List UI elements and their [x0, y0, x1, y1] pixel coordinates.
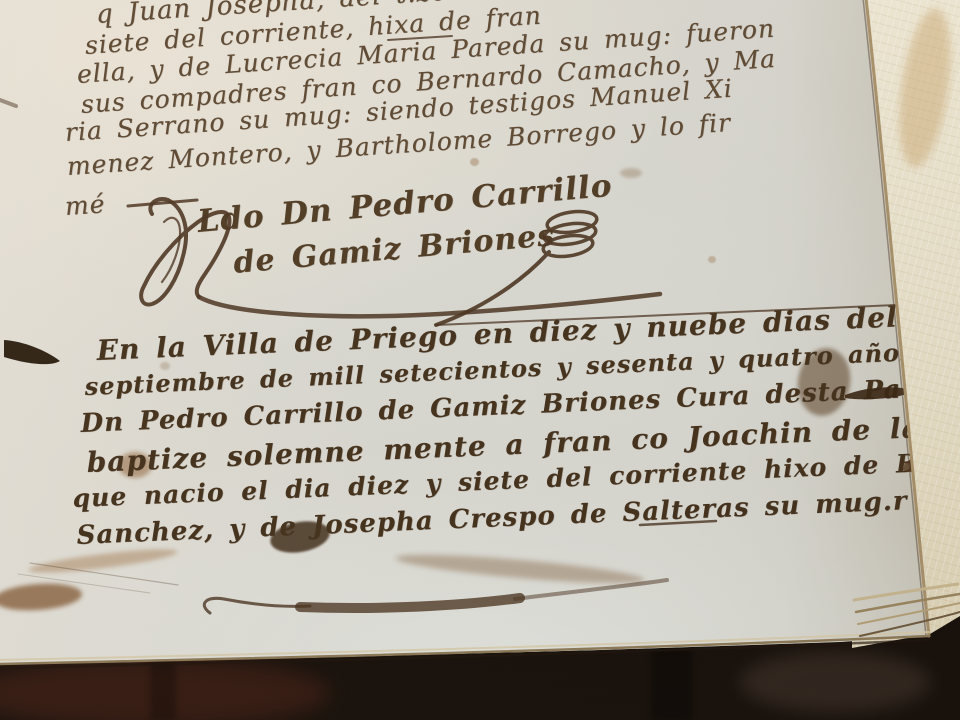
under-page-tan-streak	[891, 6, 959, 171]
manuscript-line: mé	[64, 189, 106, 221]
me-dash-stroke	[128, 200, 197, 206]
paper-page: q Juan Josepha, ael t.zo siete del corri…	[0, 0, 960, 720]
bottom-sweep-stroke	[204, 580, 667, 613]
table-smudge	[740, 652, 930, 712]
freckle-2	[620, 168, 642, 178]
table-seam-1	[652, 638, 692, 720]
margin-tick-top	[0, 100, 16, 106]
freckle-3	[708, 256, 716, 263]
rust-smear-left	[0, 581, 83, 613]
freckle-1	[470, 158, 479, 166]
faded-ink-smear	[395, 549, 646, 589]
table-seam-2	[150, 658, 176, 720]
manuscript-photo: q Juan Josepha, ael t.zo siete del corri…	[0, 0, 960, 720]
margin-mark	[4, 340, 60, 364]
signature-rubric-inner	[162, 218, 180, 282]
